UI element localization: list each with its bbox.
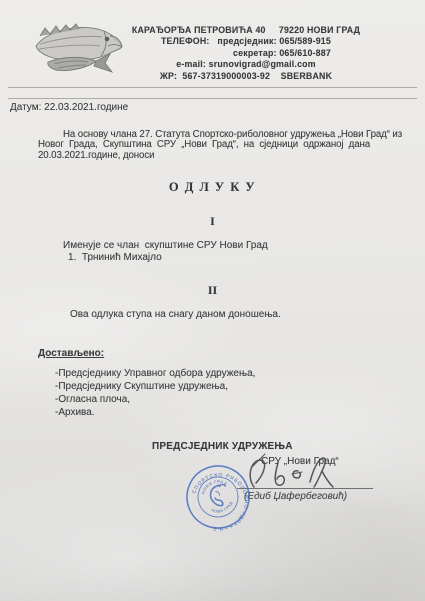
scanned-document-page: КАРАЂОРЂА ПЕТРОВИЋА 40 79220 НОВИ ГРАД Т… (0, 0, 425, 601)
letterhead: КАРАЂОРЂА ПЕТРОВИЋА 40 79220 НОВИ ГРАД Т… (110, 25, 382, 82)
date-line: Датум: 22.03.2021.године (10, 102, 128, 113)
signer-name: (Едиб Џафербеговић) (244, 491, 347, 502)
appointment-line: Именује се члан скупштине СРУ Нови Град (63, 240, 268, 251)
distribution-item: -Предсједнику Скупштине удружења, (55, 380, 255, 393)
letterhead-secretary-phone: секретар: 065/610-887 (146, 48, 418, 59)
intro-paragraph: На основу члана 27. Статута Спортско-риб… (38, 130, 402, 161)
letterhead-email: e-mail: srunovigrad@gmail.com (110, 59, 382, 70)
stamp-fish-icon (208, 483, 232, 508)
section-numeral-1: I (0, 214, 425, 229)
intro-line: 20.03.2021.године, доноси (38, 151, 402, 161)
divider-line-top (8, 87, 417, 88)
letterhead-address: КАРАЂОРЂА ПЕТРОВИЋА 40 79220 НОВИ ГРАД (110, 25, 382, 36)
signature-line (237, 488, 373, 489)
handwritten-signature (238, 450, 363, 492)
divider-line-bottom (8, 98, 417, 99)
effective-date-line: Ова одлука ступа на снагу даном доношења… (70, 309, 281, 320)
distribution-item: -Предсједнику Управног одбора удружења, (55, 367, 255, 380)
distribution-item: -Архива. (55, 406, 255, 419)
section-numeral-2: II (0, 283, 425, 298)
letterhead-bank-account: ЖР: 567-37319000003-92 SBERBANK (110, 71, 382, 82)
letterhead-phone: ТЕЛЕФОН: предсједник: 065/589-915 (110, 36, 382, 47)
appointed-member-item: 1. Трнинић Михајло (68, 252, 162, 263)
distribution-label: Достављено: (38, 348, 104, 359)
document-title: О Д Л У К У (0, 180, 425, 195)
distribution-list: -Предсједнику Управног одбора удружења, … (55, 367, 255, 419)
distribution-item: -Огласна плоча, (55, 393, 255, 406)
